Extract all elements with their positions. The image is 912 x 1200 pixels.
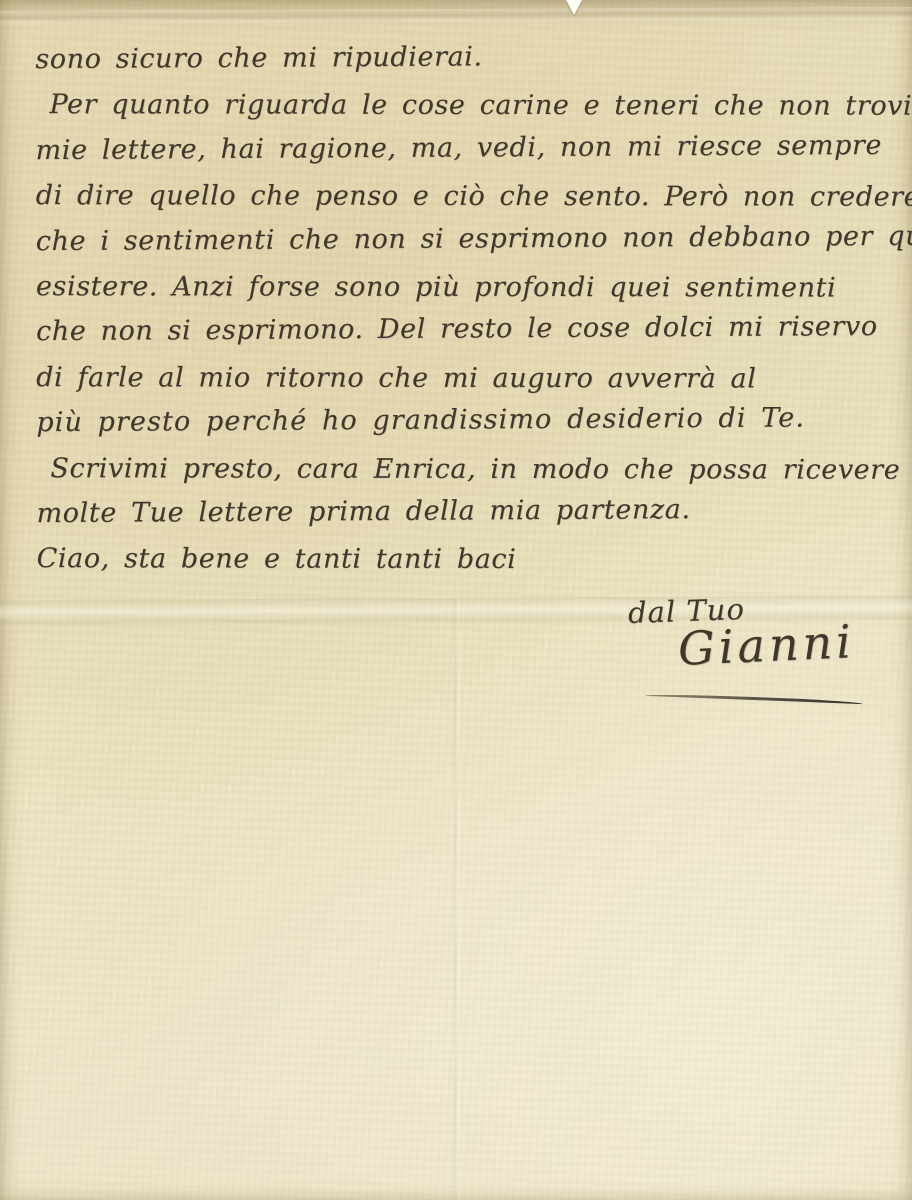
letter-line: che i sentimenti che non si esprimono no… bbox=[36, 214, 892, 265]
letter-line: molte Tue lettere prima della mia parten… bbox=[36, 486, 892, 537]
letter-line: che non si esprimono. Del resto le cose … bbox=[36, 304, 892, 355]
vertical-crease bbox=[452, 598, 462, 1200]
signature: Gianni bbox=[677, 614, 856, 676]
letter-line: Ciao, sta bene e tanti tanti baci bbox=[37, 537, 893, 584]
letter-paper: sono sicuro che mi ripudierai. Per quant… bbox=[0, 0, 912, 1200]
letter-line: Per quanto riguarda le cose carine e ten… bbox=[35, 83, 891, 130]
paper-top-crease bbox=[0, 7, 912, 25]
signature-underline bbox=[645, 693, 863, 704]
paper-tear-notch bbox=[566, 0, 582, 15]
letter-line: di dire quello che penso e ciò che sento… bbox=[36, 173, 892, 220]
letter-photo: sono sicuro che mi ripudierai. Per quant… bbox=[0, 0, 912, 1200]
letter-line: mie lettere, hai ragione, ma, vedi, non … bbox=[35, 123, 891, 174]
letter-line: più presto perché ho grandissimo desider… bbox=[36, 395, 892, 446]
letter-line: Scrivimi presto, cara Enrica, in modo ch… bbox=[36, 446, 892, 493]
letter-body: sono sicuro che mi ripudierai. Per quant… bbox=[35, 35, 892, 582]
letter-line: sono sicuro che mi ripudierai. bbox=[35, 32, 891, 83]
